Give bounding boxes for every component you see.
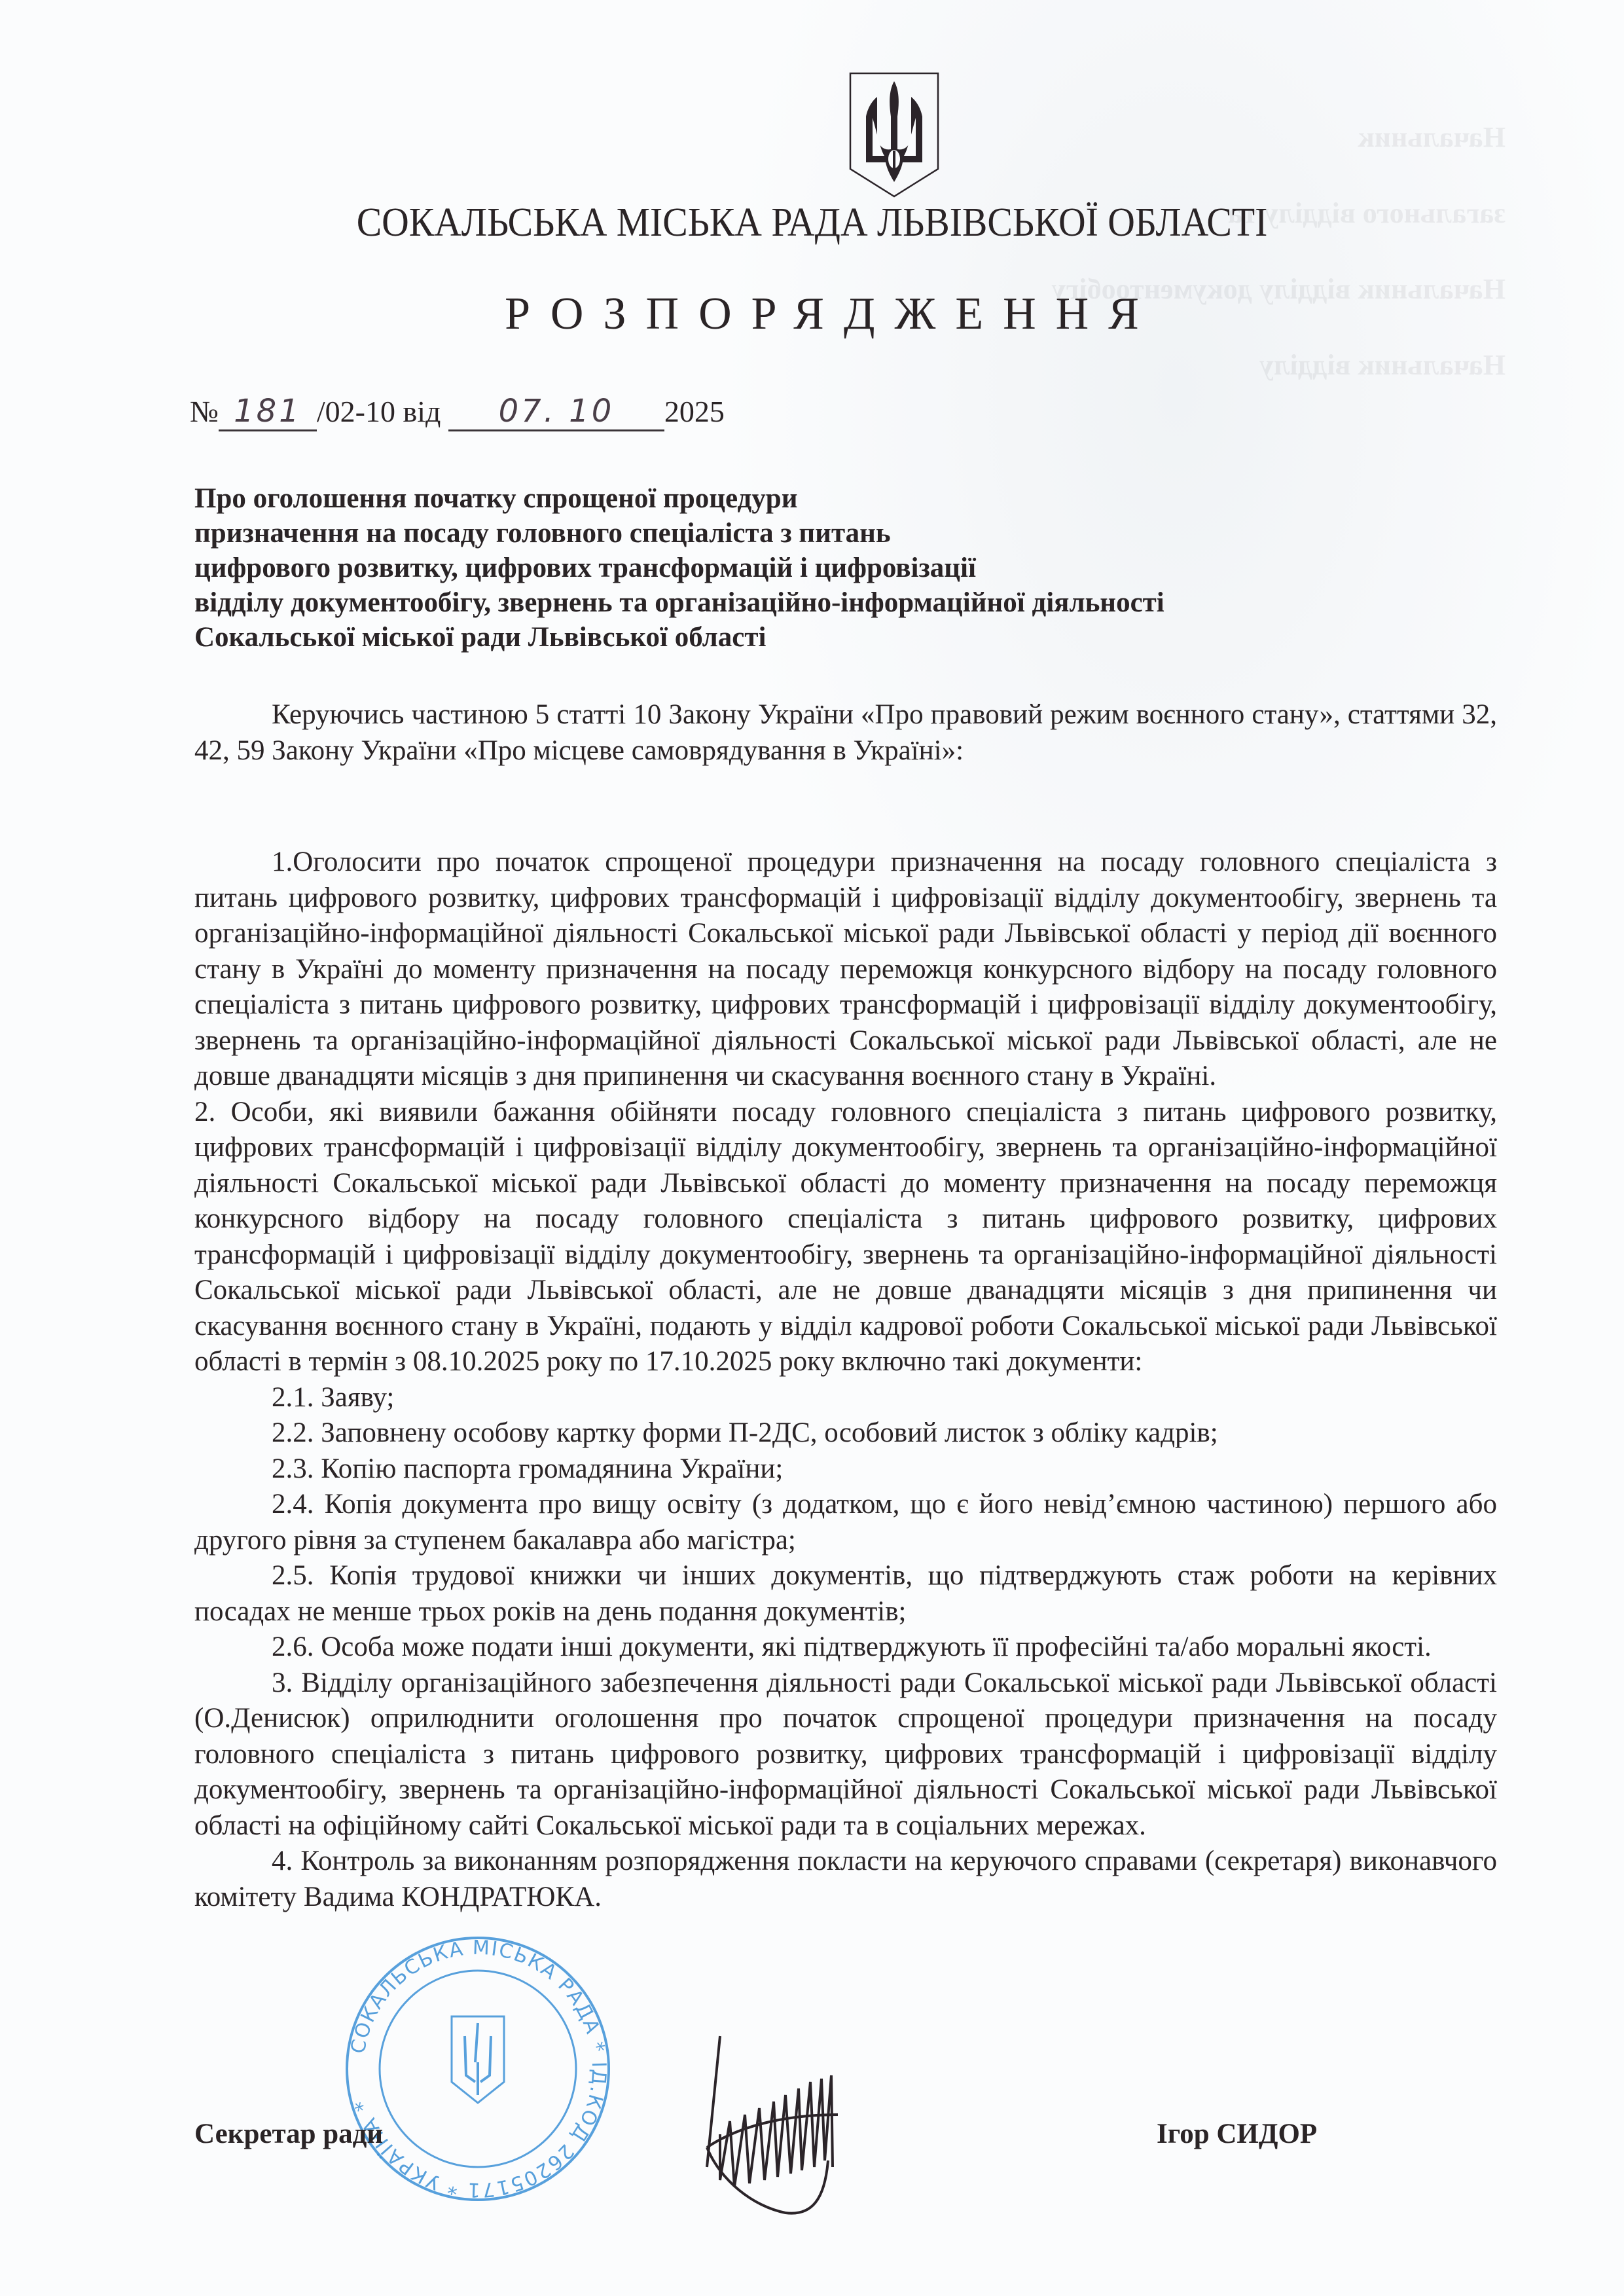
registration-line: №181/02-10 від 07. 102025 (190, 393, 725, 431)
item-4: 4. Контроль за виконанням розпорядження … (194, 1844, 1497, 1915)
subject-line: відділу документообігу, звернень та орга… (194, 585, 1438, 620)
subject-line: Про оголошення початку спрощеної процеду… (194, 481, 1438, 516)
trident-coat-of-arms-icon (848, 71, 941, 199)
council-name: СОКАЛЬСЬКА МІСЬКА РАДА ЛЬВІВСЬКОЇ ОБЛАСТ… (57, 200, 1567, 246)
list-item: 2.5. Копія трудової книжки чи інших доку… (194, 1558, 1497, 1630)
subject-line: цифрового розвитку, цифрових трансформац… (194, 551, 1438, 585)
number-sign: № (190, 395, 219, 428)
list-item: 2.3. Копію паспорта громадянина України; (194, 1451, 1497, 1487)
official-stamp: СОКАЛЬСЬКА МІСЬКА РАДА * ІД.КОД 26205171… (340, 1931, 615, 2206)
required-documents-list: 2.1. Заяву; 2.2. Заповнену особову картк… (194, 1380, 1497, 1666)
signatory-name: Ігор СИДОР (1157, 2118, 1317, 2150)
subject-line: Сокальської міської ради Львівської обла… (194, 620, 1438, 655)
order-items: 1.Оголосити про початок спрощеної процед… (194, 845, 1497, 1915)
item-1: 1.Оголосити про початок спрощеної процед… (194, 845, 1497, 1095)
number-suffix: /02-10 (317, 395, 395, 428)
year: 2025 (664, 395, 725, 428)
handwritten-number: 181 (219, 393, 317, 431)
preamble: Керуючись частиною 5 статті 10 Закону Ук… (194, 697, 1497, 769)
preamble-text: Керуючись частиною 5 статті 10 Закону Ук… (194, 697, 1497, 769)
handwritten-signature (694, 2016, 956, 2232)
bleed-through-text: Начальник загального відділу та Начальни… (916, 118, 1506, 422)
list-item: 2.1. Заяву; (194, 1380, 1497, 1416)
item-3: 3. Відділу організаційного забезпечення … (194, 1666, 1497, 1844)
document-page: Начальник загального відділу та Начальни… (0, 0, 1624, 2296)
subject-heading: Про оголошення початку спрощеної процеду… (194, 481, 1438, 655)
list-item: 2.6. Особа може подати інші документи, я… (194, 1630, 1497, 1666)
date-prefix: від (403, 395, 441, 428)
signatory-title: Секретар ради (194, 2118, 383, 2150)
handwritten-date: 07. 10 (448, 393, 664, 431)
document-type-title: РОЗПОРЯДЖЕННЯ (0, 288, 1624, 340)
list-item: 2.4. Копія документа про вищу освіту (з … (194, 1487, 1497, 1558)
list-item: 2.2. Заповнену особову картку форми П-2Д… (194, 1415, 1497, 1451)
subject-line: призначення на посаду головного спеціалі… (194, 516, 1438, 551)
item-2: 2. Особи, які виявили бажання обійняти п… (194, 1095, 1497, 1380)
